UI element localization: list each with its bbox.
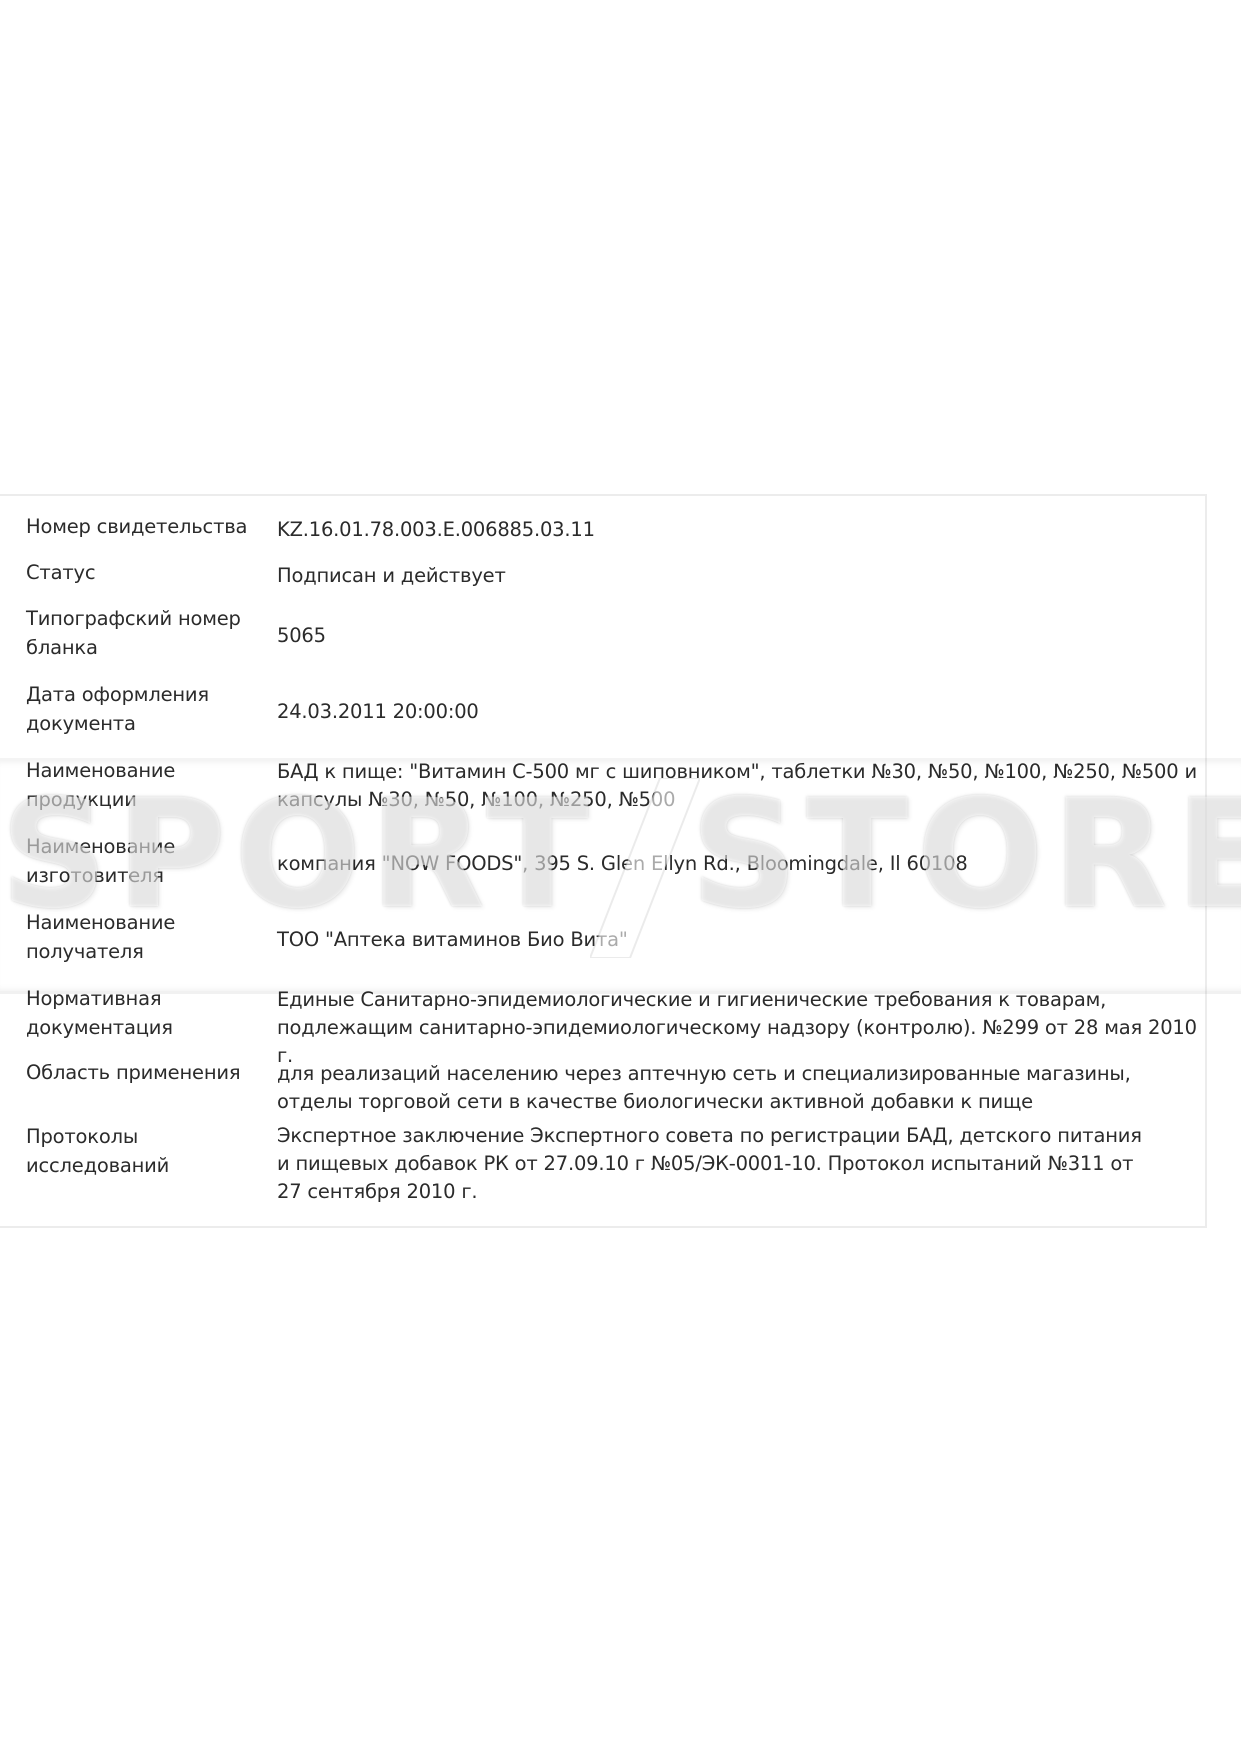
row-label: Дата оформления документа [26,680,256,738]
row-value: 24.03.2011 20:00:00 [277,698,1207,726]
row-label: Статус [26,558,256,587]
row-label: Нормативная документация [26,984,256,1042]
row-value: БАД к пище: "Витамин С-500 мг с шиповник… [277,758,1202,814]
certificate-table: Номер свидетельства KZ.16.01.78.003.E.00… [0,494,1207,1228]
row-value: Подписан и действует [277,562,1207,590]
row-label: Протоколы исследований [26,1122,256,1180]
row-label: Наименование продукции [26,756,256,814]
row-value: компания "NOW FOODS", 395 S. Glen Ellyn … [277,850,1207,878]
row-label: Область применения [26,1058,256,1087]
row-value: KZ.16.01.78.003.E.006885.03.11 [277,516,1207,544]
row-label: Наименование изготовителя [26,832,256,890]
row-value: Экспертное заключение Экспертного совета… [277,1122,1157,1206]
row-value: ТОО "Аптека витаминов Био Вита" [277,926,1207,954]
row-label: Наименование получателя [26,908,256,966]
row-value: 5065 [277,622,1207,650]
row-label: Номер свидетельства [26,512,256,541]
row-value: для реализаций населению через аптечную … [277,1060,1177,1116]
row-value: Единые Санитарно-эпидемиологические и ги… [277,986,1207,1070]
row-label: Типографский номер бланка [26,604,256,662]
